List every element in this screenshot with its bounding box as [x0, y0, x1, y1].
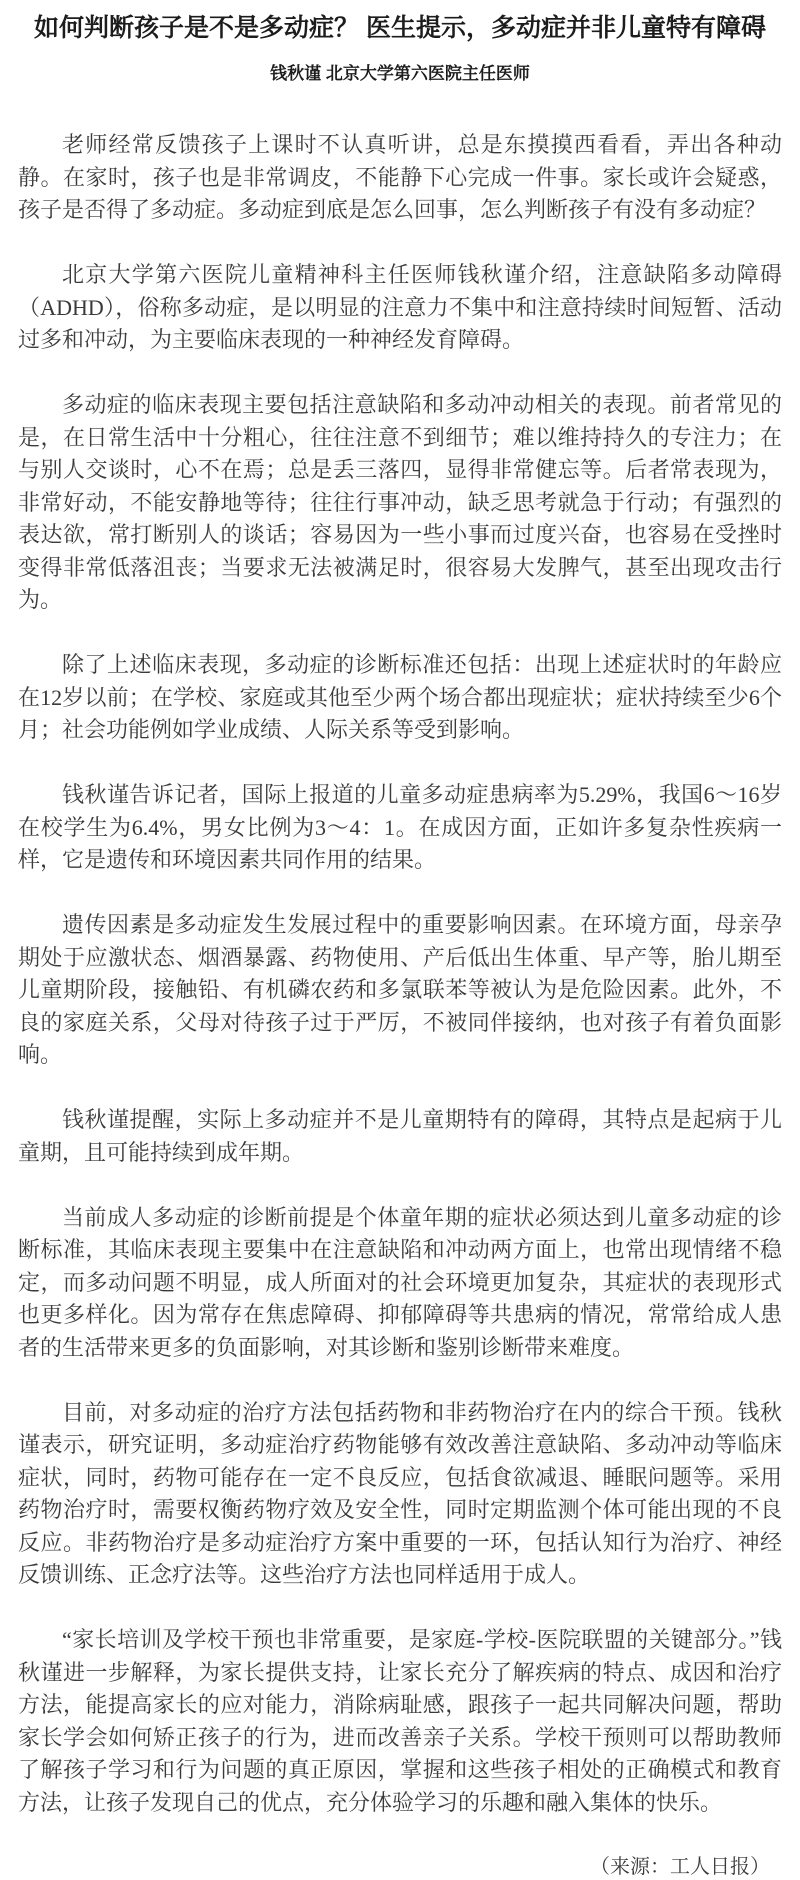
paragraph-6: 遗传因素是多动症发生发展过程中的重要影响因素。在环境方面，母亲孕期处于应激状态、… [18, 909, 782, 1072]
article-page: 如何判断孩子是不是多动症？ 医生提示，多动症并非儿童特有障碍 钱秋谨 北京大学第… [0, 0, 800, 1880]
paragraph-8: 当前成人多动症的诊断前提是个体童年期的症状必须达到儿童多动症的诊断标准，其临床表… [18, 1202, 782, 1365]
paragraph-4: 除了上述临床表现，多动症的诊断标准还包括：出现上述症状时的年龄应在12岁以前；在… [18, 649, 782, 747]
paragraph-7: 钱秋谨提醒，实际上多动症并不是儿童期特有的障碍，其特点是起病于儿童期，且可能持续… [18, 1104, 782, 1169]
paragraph-5: 钱秋谨告诉记者，国际上报道的儿童多动症患病率为5.29%，我国6～16岁在校学生… [18, 779, 782, 877]
article-body: 老师经常反馈孩子上课时不认真听讲，总是东摸摸西看看，弄出各种动静。在家时，孩子也… [0, 129, 800, 1819]
paragraph-2: 北京大学第六医院儿童精神科主任医师钱秋谨介绍，注意缺陷多动障碍（ADHD），俗称… [18, 259, 782, 357]
byline: 钱秋谨 北京大学第六医院主任医师 [0, 64, 800, 84]
paragraph-9: 目前，对多动症的治疗方法包括药物和非药物治疗在内的综合干预。钱秋谨表示，研究证明… [18, 1397, 782, 1592]
page-title: 如何判断孩子是不是多动症？ 医生提示，多动症并非儿童特有障碍 [0, 13, 800, 43]
paragraph-3: 多动症的临床表现主要包括注意缺陷和多动冲动相关的表现。前者常见的是，在日常生活中… [18, 389, 782, 617]
paragraph-1: 老师经常反馈孩子上课时不认真听讲，总是东摸摸西看看，弄出各种动静。在家时，孩子也… [18, 129, 782, 227]
paragraph-10: “家长培训及学校干预也非常重要，是家庭-学校-医院联盟的关键部分。”钱秋谨进一步… [18, 1624, 782, 1819]
source-attribution: （来源：工人日报） [0, 1852, 800, 1880]
